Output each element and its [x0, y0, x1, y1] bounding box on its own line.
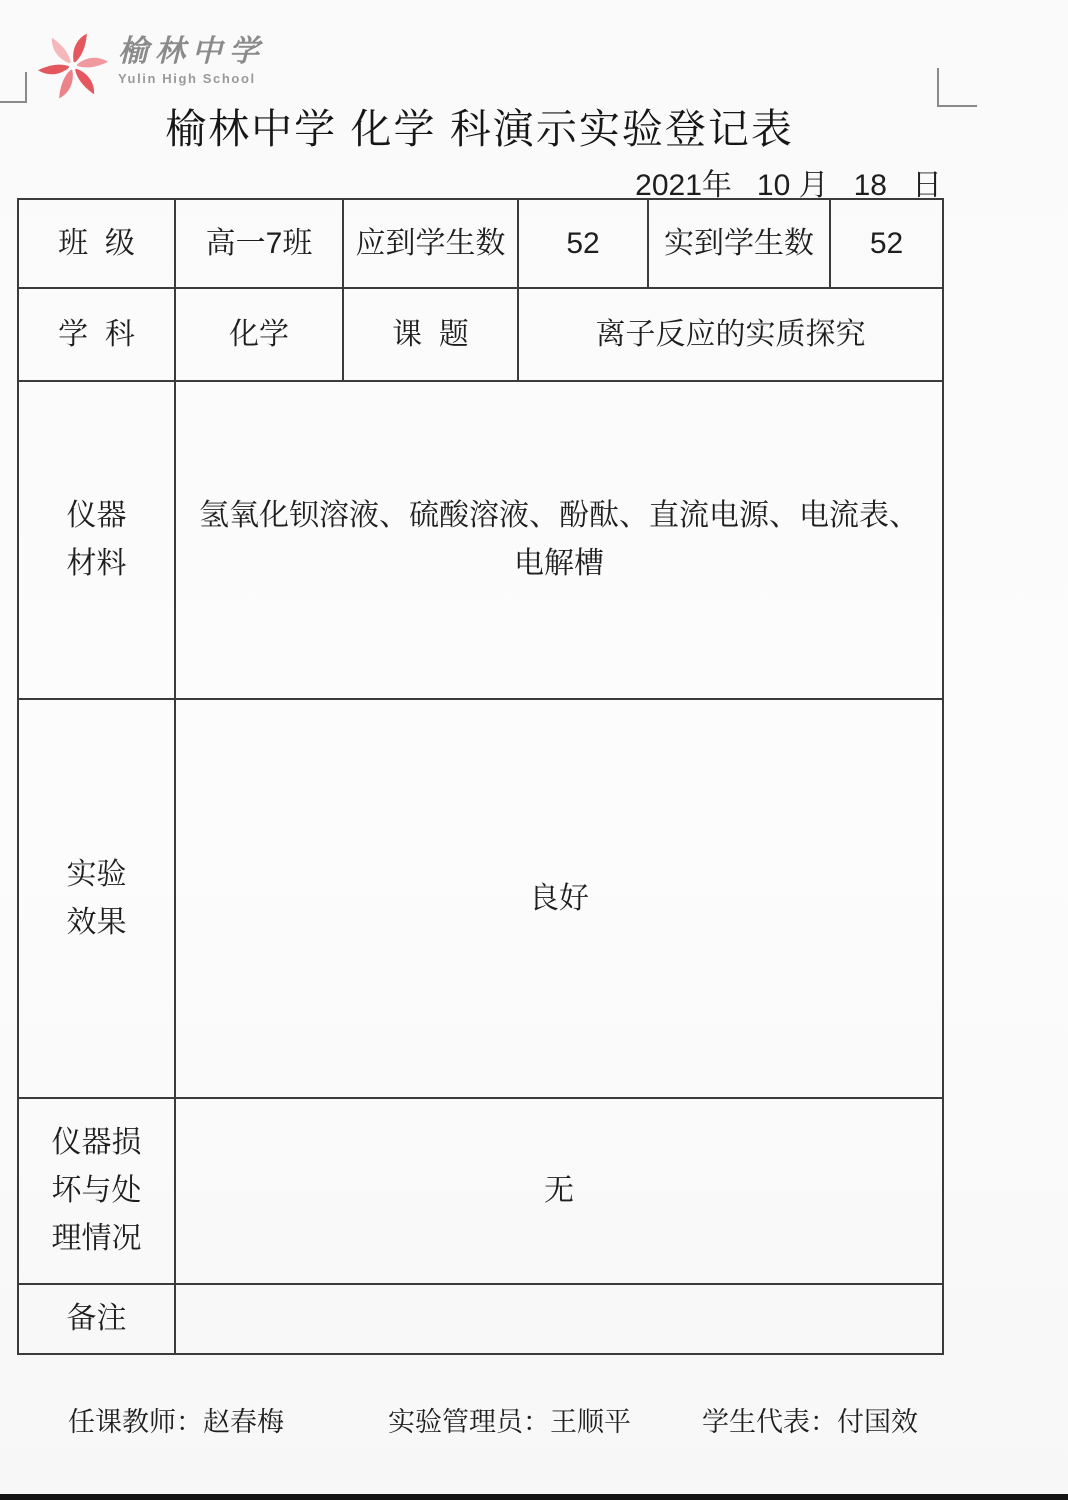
table-row-damage: 仪器损 坏与处 理情况 无: [18, 1098, 943, 1284]
topic-value: 离子反应的实质探究: [518, 288, 943, 381]
expected-students-value: 52: [518, 199, 648, 288]
effect-content: 良好: [175, 699, 943, 1098]
remarks-label: 备注: [18, 1284, 175, 1354]
school-logo-text: 榆林中学 Yulin High School: [118, 28, 266, 86]
effect-label: 实验 效果: [18, 699, 175, 1098]
table-row-effect: 实验 效果 良好: [18, 699, 943, 1098]
logo-school-name-en: Yulin High School: [118, 71, 266, 86]
experiment-registration-table: 班 级 高一7班 应到学生数 52 实到学生数 52 学 科 化学 课 题 离子…: [17, 198, 944, 1355]
subject-label: 学 科: [18, 288, 175, 381]
actual-students-label: 实到学生数: [648, 199, 830, 288]
table-row-remarks: 备注: [18, 1284, 943, 1354]
actual-students-value: 52: [830, 199, 943, 288]
lab-manager-signature: 实验管理员：王顺平: [388, 1400, 631, 1439]
signature-row: 任课教师：赵春梅 实验管理员：王顺平 学生代表：付国效: [0, 1400, 1068, 1440]
table-row-subject: 学 科 化学 课 题 离子反应的实质探究: [18, 288, 943, 381]
table-row-class: 班 级 高一7班 应到学生数 52 实到学生数 52: [18, 199, 943, 288]
damage-content: 无: [175, 1098, 943, 1284]
materials-content: 氢氧化钡溶液、硫酸溶液、酚酞、直流电源、电流表、 电解槽: [175, 381, 943, 699]
photo-edge-strip: [0, 1494, 1068, 1500]
class-value: 高一7班: [175, 199, 343, 288]
damage-label: 仪器损 坏与处 理情况: [18, 1098, 175, 1284]
school-logo: 榆林中学 Yulin High School: [36, 28, 266, 104]
logo-school-name-cn: 榆林中学: [118, 36, 266, 68]
remarks-content: [175, 1284, 943, 1354]
materials-label: 仪器 材料: [18, 381, 175, 699]
crop-mark-right-icon: [937, 68, 977, 107]
document-page: 榆林中学 Yulin High School 榆林中学 化学 科演示实验登记表 …: [0, 0, 1068, 1500]
subject-value: 化学: [175, 288, 343, 381]
class-label: 班 级: [18, 199, 175, 288]
student-representative-signature: 学生代表：付国效: [702, 1400, 918, 1439]
topic-label: 课 题: [343, 288, 518, 381]
teacher-signature: 任课教师：赵春梅: [68, 1400, 284, 1439]
pinwheel-flower-icon: [36, 28, 110, 104]
expected-students-label: 应到学生数: [343, 199, 518, 288]
table-row-materials: 仪器 材料 氢氧化钡溶液、硫酸溶液、酚酞、直流电源、电流表、 电解槽: [18, 381, 943, 699]
page-title: 榆林中学 化学 科演示实验登记表: [17, 96, 942, 155]
